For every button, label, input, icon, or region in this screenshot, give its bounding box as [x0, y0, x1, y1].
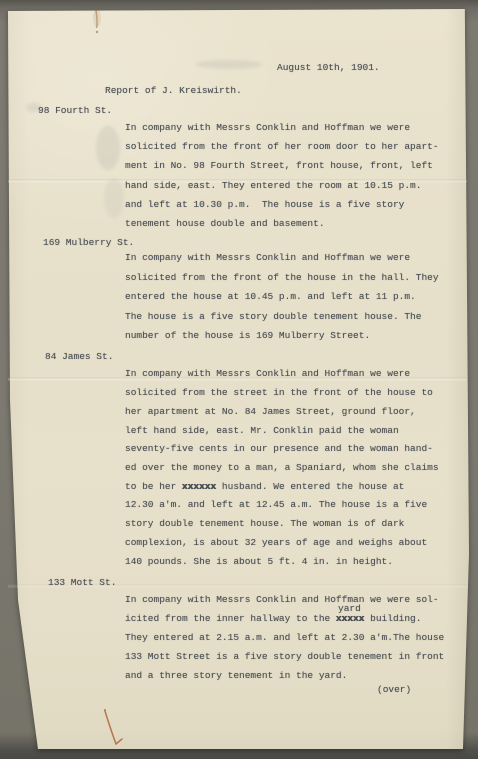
- typed-text: icited from the inner hallway to the: [125, 613, 336, 624]
- report-title: Report of J. Kreiswirth.: [105, 85, 242, 96]
- typed-line-with-strikeout: icited from the inner hallway to the xxx…: [125, 613, 421, 624]
- typed-line: her apartment at No. 84 James Street, gr…: [125, 406, 416, 417]
- typed-line: complexion, is about 32 years of age and…: [125, 537, 427, 548]
- typed-line: ed over the money to a man, a Spaniard, …: [125, 462, 439, 473]
- strikeout-text: xxxxxx: [182, 481, 216, 492]
- typed-line: and left at 10.30 p.m. The house is a fi…: [125, 199, 404, 210]
- section-heading-133-mott-st: 133 Mott St.: [48, 577, 116, 588]
- typed-line: hand side, east. They entered the room a…: [125, 180, 421, 191]
- typed-line: In company with Messrs Conklin and Hoffm…: [125, 122, 410, 133]
- typed-line-with-strikeout: to be her xxxxxx husband. We entered the…: [125, 481, 404, 492]
- document-date: August 10th, 1901.: [277, 62, 380, 73]
- typed-line: tenement house double and basement.: [125, 218, 325, 229]
- section-heading-84-james-st: 84 James St.: [45, 351, 113, 362]
- typed-line: entered the house at 10.45 p.m. and left…: [125, 291, 416, 302]
- typed-line: solicited from the street in the front o…: [125, 387, 433, 398]
- section-heading-169-mulberry-st: 169 Mulberry St.: [43, 237, 134, 248]
- typed-line: In company with Messrs Conklin and Hoffm…: [125, 368, 410, 379]
- typed-text: husband. We entered the house at: [216, 481, 404, 492]
- typed-line: They entered at 2.15 a.m. and left at 2.…: [125, 632, 444, 643]
- typed-line: seventy-five cents in our presence and t…: [125, 443, 433, 454]
- typed-line: number of the house is 169 Mulberry Stre…: [125, 330, 370, 341]
- typed-line: In company with Messrs Conklin and Hoffm…: [125, 594, 439, 605]
- typed-line: ment in No. 98 Fourth Street, front hous…: [125, 160, 433, 171]
- typed-text-layer: August 10th, 1901. Report of J. Kreiswir…: [0, 0, 478, 759]
- scanned-document-photo: August 10th, 1901. Report of J. Kreiswir…: [0, 0, 478, 759]
- typed-text: to be her: [125, 481, 182, 492]
- typed-line: solicited from the front of her room doo…: [125, 141, 439, 152]
- typed-line: story double tenement house. The woman i…: [125, 518, 404, 529]
- typed-line: solicited from the front of the house in…: [125, 272, 439, 283]
- typed-text: building.: [364, 613, 421, 624]
- strikeout-text: xxxxx: [336, 613, 365, 624]
- section-heading-98-fourth-st: 98 Fourth St.: [38, 105, 112, 116]
- typed-line: 133 Mott Street is a five story double t…: [125, 651, 444, 662]
- typed-line: left hand side, east. Mr. Conklin paid t…: [125, 425, 399, 436]
- typed-line: In company with Messrs Conklin and Hoffm…: [125, 252, 410, 263]
- page-over-note: (over): [377, 684, 411, 695]
- typed-line: 140 pounds. She is about 5 ft. 4 in. in …: [125, 556, 393, 567]
- typed-line: 12.30 a'm. and left at 12.45 a.m. The ho…: [125, 499, 427, 510]
- typed-line: and a three story tenement in the yard.: [125, 670, 347, 681]
- typed-line: The house is a five story double tenemen…: [125, 311, 421, 322]
